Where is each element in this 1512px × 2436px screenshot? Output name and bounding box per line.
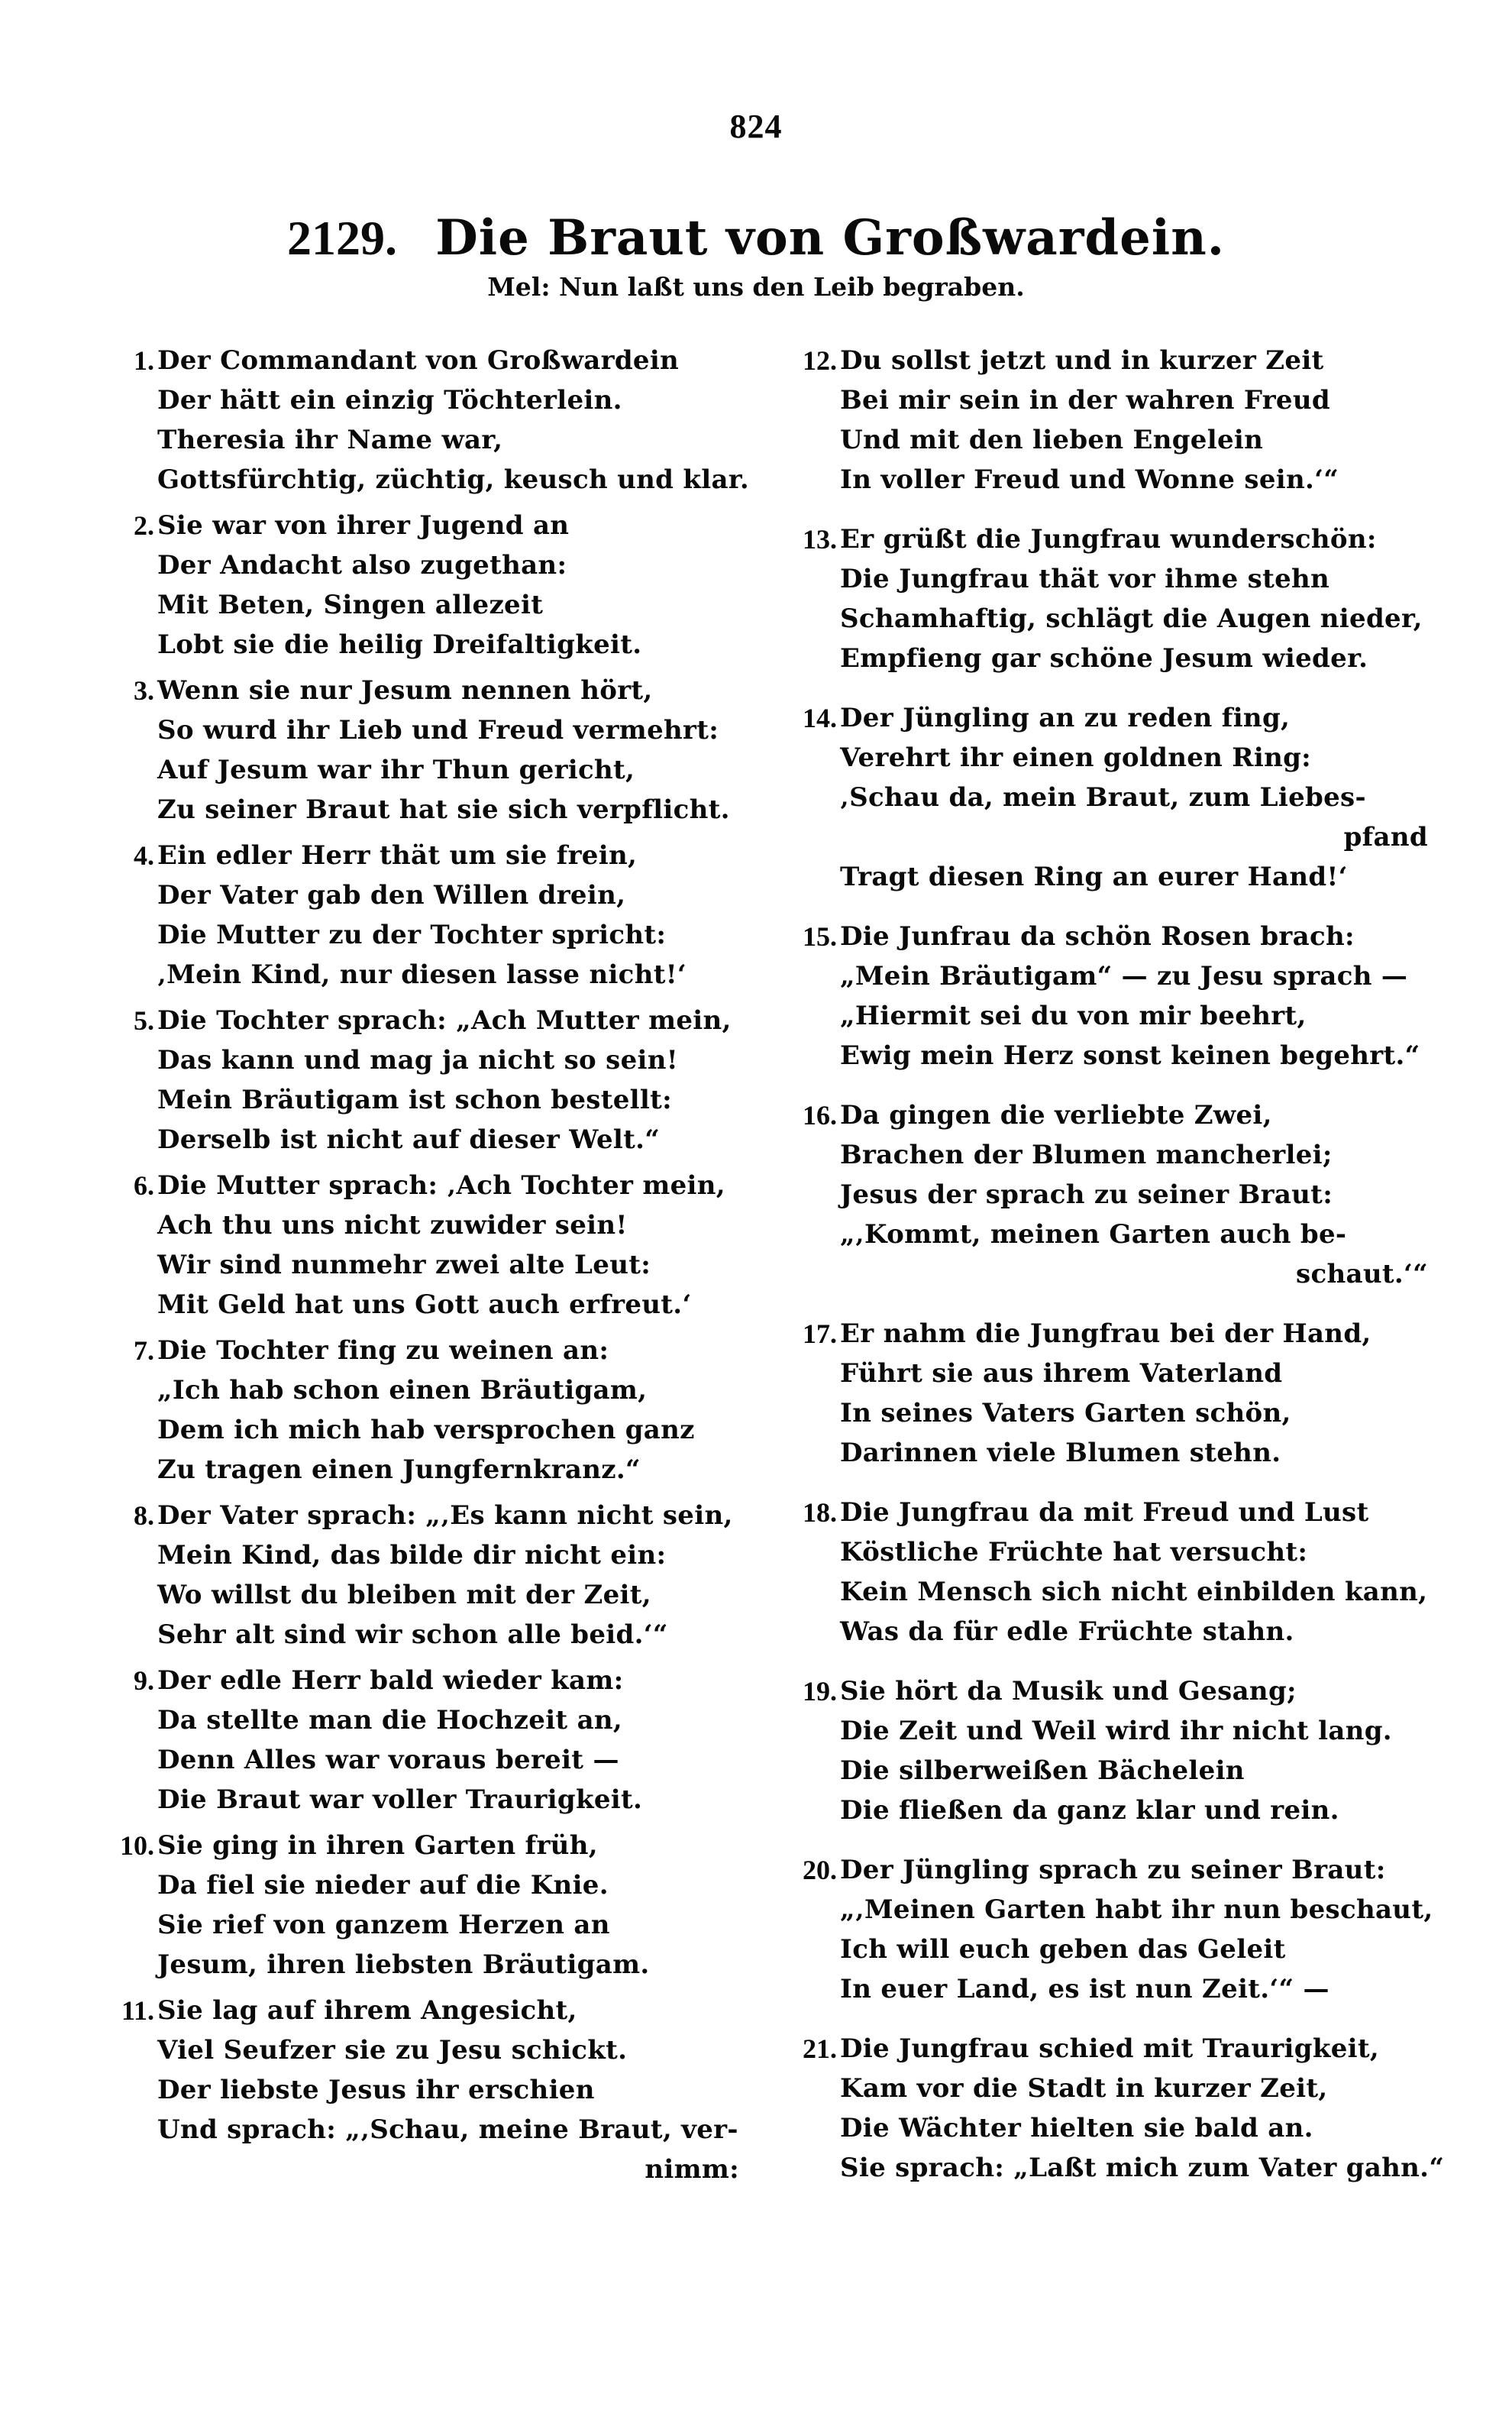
verse: 20. Der Jüngling sprach zu seiner Braut:… xyxy=(779,1850,1428,2009)
verse-line-continuation: pfand xyxy=(840,817,1428,857)
verse-line: Er grüßt die Jungfrau wunderschön: xyxy=(840,519,1428,559)
verse-line: Sie sprach: „Laßt mich zum Vater gahn.“ xyxy=(840,2148,1428,2188)
verse-line: Da gingen die verliebte Zwei, xyxy=(840,1095,1428,1135)
verse-line: Die Braut war voller Traurigkeit. xyxy=(157,1780,739,1820)
verse-line: Viel Seufzer sie zu Jesu schickt. xyxy=(157,2030,739,2070)
verse-line: Der Vater sprach: „‚Es kann nicht sein, xyxy=(157,1496,739,1535)
left-column: 1. Der Commandant von Großwardein Der hä… xyxy=(113,341,739,2195)
verse-line: Und mit den lieben Engelein xyxy=(840,420,1428,460)
verse-line: Mit Beten, Singen allezeit xyxy=(157,585,739,625)
verse-line: Ewig mein Herz sonst keinen begehrt.“ xyxy=(840,1036,1428,1076)
verse: 6. Die Mutter sprach: ‚Ach Tochter mein,… xyxy=(113,1166,739,1325)
verse: 19. Sie hört da Musik und Gesang; Die Ze… xyxy=(779,1671,1428,1830)
verse-line: Empfieng gar schöne Jesum wieder. xyxy=(840,639,1428,678)
verse-line: In voller Freud und Wonne sein.‘“ xyxy=(840,460,1428,500)
verse-line: Die Junfrau da schön Rosen brach: xyxy=(840,917,1428,956)
verse-line: Tragt diesen Ring an eurer Hand!‘ xyxy=(840,857,1428,897)
verse-line: Schamhaftig, schlägt die Augen nieder, xyxy=(840,599,1428,639)
verse-line: Ich will euch geben das Geleit xyxy=(840,1930,1428,1969)
verse-number: 18. xyxy=(779,1493,837,1532)
verse-line: Kam vor die Stadt in kurzer Zeit, xyxy=(840,2069,1428,2108)
verse-number: 5. xyxy=(113,1001,154,1040)
verse: 11. Sie lag auf ihrem Angesicht, Viel Se… xyxy=(113,1991,739,2189)
verse-line: Dem ich mich hab versprochen ganz xyxy=(157,1410,739,1450)
verse: 10. Sie ging in ihren Garten früh, Da fi… xyxy=(113,1826,739,1985)
verse-line-continuation: nimm: xyxy=(157,2150,739,2189)
verse-line: Da fiel sie nieder auf die Knie. xyxy=(157,1865,739,1905)
verse: 14. Der Jüngling an zu reden fing, Vereh… xyxy=(779,698,1428,897)
verse-line: Die Jungfrau schied mit Traurigkeit, xyxy=(840,2029,1428,2069)
verse-number: 10. xyxy=(113,1826,154,1865)
verse: 2. Sie war von ihrer Jugend an Der Andac… xyxy=(113,506,739,665)
verse: 9. Der edle Herr bald wieder kam: Da ste… xyxy=(113,1661,739,1820)
verse-line: Sie war von ihrer Jugend an xyxy=(157,506,739,545)
song-number: 2129. xyxy=(287,211,397,265)
verse-line: Sehr alt sind wir schon alle beid.‘“ xyxy=(157,1615,739,1655)
verse-line: Denn Alles war voraus bereit — xyxy=(157,1740,739,1780)
verse-number: 13. xyxy=(779,519,837,559)
verse-line: Der Jüngling sprach zu seiner Braut: xyxy=(840,1850,1428,1890)
verse-line: „Ich hab schon einen Bräutigam, xyxy=(157,1370,739,1410)
verse-number: 3. xyxy=(113,671,154,710)
verse-line: Mein Bräutigam ist schon bestellt: xyxy=(157,1080,739,1120)
melody-note: Mel: Nun laßt uns den Leib begraben. xyxy=(0,269,1512,306)
verse: 15. Die Junfrau da schön Rosen brach: „M… xyxy=(779,917,1428,1076)
right-column: 12. Du sollst jetzt und in kurzer Zeit B… xyxy=(779,341,1428,2208)
verse-line: In euer Land, es ist nun Zeit.‘“ — xyxy=(840,1969,1428,2009)
verse-line: Er nahm die Jungfrau bei der Hand, xyxy=(840,1314,1428,1354)
verse-line: Die silberweißen Bächelein xyxy=(840,1751,1428,1791)
verse-line: Sie ging in ihren Garten früh, xyxy=(157,1826,739,1865)
verse: 16. Da gingen die verliebte Zwei, Brache… xyxy=(779,1095,1428,1294)
verse-line: Gottsfürchtig, züchtig, keusch und klar. xyxy=(157,460,739,500)
verse-line: Sie hört da Musik und Gesang; xyxy=(840,1671,1428,1711)
verse-line: „‚Meinen Garten habt ihr nun beschaut, xyxy=(840,1890,1428,1930)
verse-line: Wir sind nunmehr zwei alte Leut: xyxy=(157,1245,739,1285)
verse: 18. Die Jungfrau da mit Freud und Lust K… xyxy=(779,1493,1428,1651)
verse-line: Was da für edle Früchte stahn. xyxy=(840,1612,1428,1651)
verse-line: Der Jüngling an zu reden fing, xyxy=(840,698,1428,738)
verse-line: Du sollst jetzt und in kurzer Zeit xyxy=(840,341,1428,380)
verse-line: Führt sie aus ihrem Vaterland xyxy=(840,1354,1428,1393)
verse-line: „‚Kommt, meinen Garten auch be- xyxy=(840,1215,1428,1254)
verse-line: Kein Mensch sich nicht einbilden kann, xyxy=(840,1572,1428,1612)
verse-line: Ach thu uns nicht zuwider sein! xyxy=(157,1205,739,1245)
verse-number: 17. xyxy=(779,1314,837,1354)
verse-line: Die fließen da ganz klar und rein. xyxy=(840,1791,1428,1830)
verse: 8. Der Vater sprach: „‚Es kann nicht sei… xyxy=(113,1496,739,1655)
verse-line: Die Zeit und Weil wird ihr nicht lang. xyxy=(840,1711,1428,1751)
verse-line: Sie lag auf ihrem Angesicht, xyxy=(157,1991,739,2030)
verse-line: Köstliche Früchte hat versucht: xyxy=(840,1532,1428,1572)
verse-line: Wenn sie nur Jesum nennen hört, xyxy=(157,671,739,710)
verse-line-continuation: schaut.‘“ xyxy=(840,1254,1428,1294)
verse-line: Und sprach: „‚Schau, meine Braut, ver- xyxy=(157,2110,739,2150)
verse-line: Der Vater gab den Willen drein, xyxy=(157,875,739,915)
verse-number: 12. xyxy=(779,341,837,380)
verse-line: Die Jungfrau da mit Freud und Lust xyxy=(840,1493,1428,1532)
verse-line: So wurd ihr Lieb und Freud vermehrt: xyxy=(157,710,739,750)
verse-number: 21. xyxy=(779,2029,837,2069)
verse-line: Die Tochter sprach: „Ach Mutter mein, xyxy=(157,1001,739,1040)
verse-line: ‚Mein Kind, nur diesen lasse nicht!‘ xyxy=(157,955,739,995)
verse-line: Darinnen viele Blumen stehn. xyxy=(840,1433,1428,1473)
verse-line: Verehrt ihr einen goldnen Ring: xyxy=(840,738,1428,778)
verse: 21. Die Jungfrau schied mit Traurigkeit,… xyxy=(779,2029,1428,2188)
verse-number: 11. xyxy=(113,1991,154,2030)
verse-number: 7. xyxy=(113,1331,154,1370)
verse-line: Die Tochter fing zu weinen an: xyxy=(157,1331,739,1370)
verse: 17. Er nahm die Jungfrau bei der Hand, F… xyxy=(779,1314,1428,1473)
verse-number: 4. xyxy=(113,836,154,875)
verse-line: Lobt sie die heilig Dreifaltigkeit. xyxy=(157,625,739,665)
verse-line: Der hätt ein einzig Töchterlein. xyxy=(157,380,739,420)
verse-line: Zu tragen einen Jungfernkranz.“ xyxy=(157,1450,739,1490)
verse-line: Der liebste Jesus ihr erschien xyxy=(157,2070,739,2110)
verse-line: Das kann und mag ja nicht so sein! xyxy=(157,1040,739,1080)
verse-line: Bei mir sein in der wahren Freud xyxy=(840,380,1428,420)
verse-number: 6. xyxy=(113,1166,154,1205)
verse-number: 14. xyxy=(779,698,837,738)
verse-line: Derselb ist nicht auf dieser Welt.“ xyxy=(157,1120,739,1160)
verse-line: Die Mutter zu der Tochter spricht: xyxy=(157,915,739,955)
verse: 13. Er grüßt die Jungfrau wunderschön: D… xyxy=(779,519,1428,678)
verse-line: Brachen der Blumen mancherlei; xyxy=(840,1135,1428,1175)
verse: 1. Der Commandant von Großwardein Der hä… xyxy=(113,341,739,500)
verse-line: Da stellte man die Hochzeit an, xyxy=(157,1700,739,1740)
verse-line: Die Jungfrau thät vor ihme stehn xyxy=(840,559,1428,599)
verse-line: Mit Geld hat uns Gott auch erfreut.‘ xyxy=(157,1285,739,1325)
page-number: 824 xyxy=(0,107,1512,146)
verse-line: Jesus der sprach zu seiner Braut: xyxy=(840,1175,1428,1215)
verse-number: 16. xyxy=(779,1095,837,1135)
verse: 5. Die Tochter sprach: „Ach Mutter mein,… xyxy=(113,1001,739,1160)
song-heading: 2129. Die Braut von Großwardein. xyxy=(0,208,1512,269)
verse-line: „Hiermit sei du von mir beehrt, xyxy=(840,996,1428,1036)
verse-number: 20. xyxy=(779,1850,837,1890)
verse: 3. Wenn sie nur Jesum nennen hört, So wu… xyxy=(113,671,739,830)
verse-line: ‚Schau da, mein Braut, zum Liebes- xyxy=(840,778,1428,817)
verse: 4. Ein edler Herr thät um sie frein, Der… xyxy=(113,836,739,995)
verse-line: Ein edler Herr thät um sie frein, xyxy=(157,836,739,875)
verse-line: In seines Vaters Garten schön, xyxy=(840,1393,1428,1433)
verse: 12. Du sollst jetzt und in kurzer Zeit B… xyxy=(779,341,1428,500)
verse-line: Sie rief von ganzem Herzen an xyxy=(157,1905,739,1945)
verse-line: Theresia ihr Name war, xyxy=(157,420,739,460)
verse-number: 1. xyxy=(113,341,154,380)
verse-number: 8. xyxy=(113,1496,154,1535)
verse-number: 15. xyxy=(779,917,837,956)
verse-line: Jesum, ihren liebsten Bräutigam. xyxy=(157,1945,739,1985)
verse-line: Wo willst du bleiben mit der Zeit, xyxy=(157,1575,739,1615)
verse-number: 9. xyxy=(113,1661,154,1700)
verse-line: „Mein Bräutigam“ — zu Jesu sprach — xyxy=(840,956,1428,996)
song-title: Die Braut von Großwardein. xyxy=(435,209,1225,267)
verse: 7. Die Tochter fing zu weinen an: „Ich h… xyxy=(113,1331,739,1490)
verse-line: Der edle Herr bald wieder kam: xyxy=(157,1661,739,1700)
verse-number: 19. xyxy=(779,1671,837,1711)
verse-line: Die Wächter hielten sie bald an. xyxy=(840,2108,1428,2148)
verse-number: 2. xyxy=(113,506,154,545)
verse-line: Zu seiner Braut hat sie sich verpflicht. xyxy=(157,790,739,830)
verse-line: Der Andacht also zugethan: xyxy=(157,545,739,585)
verse-line: Die Mutter sprach: ‚Ach Tochter mein, xyxy=(157,1166,739,1205)
verse-line: Mein Kind, das bilde dir nicht ein: xyxy=(157,1535,739,1575)
verse-line: Auf Jesum war ihr Thun gericht, xyxy=(157,750,739,790)
verse-line: Der Commandant von Großwardein xyxy=(157,341,739,380)
